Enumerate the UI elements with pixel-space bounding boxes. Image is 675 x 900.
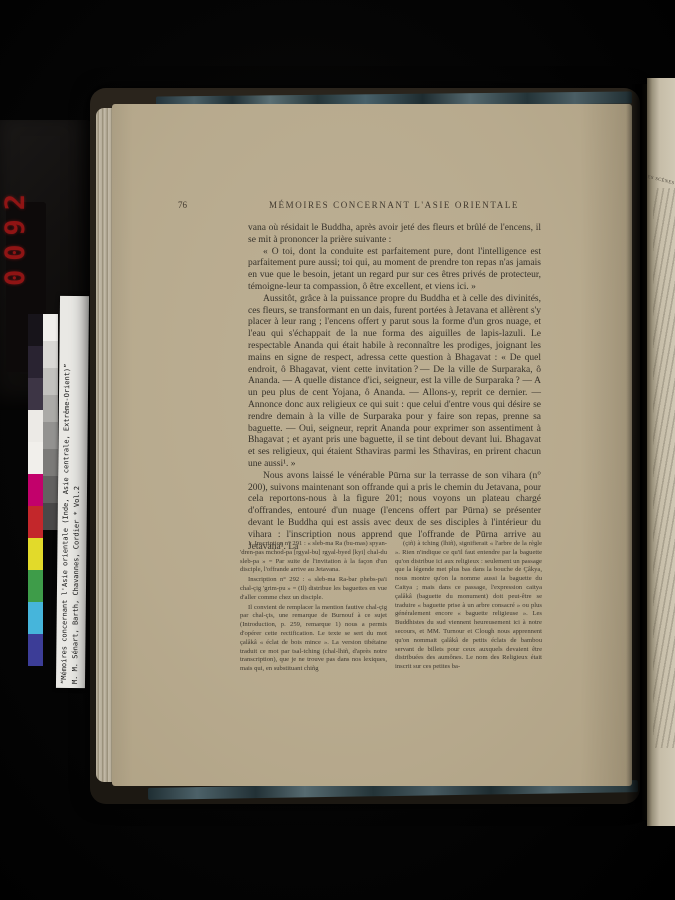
paragraph: vana où résidait le Buddha, après avoir …: [248, 223, 541, 247]
gray-patch: [43, 368, 58, 395]
color-calibration-strip: [28, 314, 43, 666]
footnote: (çiñ) à tching (lhiñ), signifierait « l'…: [395, 540, 542, 672]
calibration-assembly: “Mémoires concernant l'Asie orientale (I…: [26, 296, 88, 688]
footnote: 1. Inscription n° 291 : « sleb-ma Ra (bu…: [240, 540, 387, 575]
paragraph: Aussitôt, grâce à la puissance propre du…: [248, 294, 541, 471]
running-title: MÉMOIRES CONCERNANT L'ASIE ORIENTALE: [269, 200, 519, 210]
footnote: Inscription n° 292 : « sleb-ma Ra-bar ph…: [240, 576, 387, 602]
color-patch: [28, 314, 43, 346]
color-patch: [28, 410, 43, 442]
page-content: 76 MÉMOIRES CONCERNANT L'ASIE ORIENTALE …: [112, 104, 632, 786]
footnote-column-left: 1. Inscription n° 291 : « sleb-ma Ra (bu…: [240, 540, 387, 675]
volume-identification-label: “Mémoires concernant l'Asie orientale (I…: [56, 296, 89, 688]
gray-patch: [43, 503, 58, 530]
book-cover: 76 MÉMOIRES CONCERNANT L'ASIE ORIENTALE …: [90, 88, 640, 804]
gray-patch: [43, 449, 58, 476]
gray-patch: [43, 476, 58, 503]
color-patch: [28, 378, 43, 410]
color-patch: [28, 570, 43, 602]
book-scan-photo: 0092 “Mémoires co: [0, 0, 675, 900]
footnote-column-right: (çiñ) à tching (lhiñ), signifierait « l'…: [395, 540, 542, 673]
color-patch: [28, 634, 43, 666]
page-number: 76: [178, 200, 187, 210]
gray-patch: [43, 395, 58, 422]
color-patch: [28, 602, 43, 634]
paragraph-quote: « O toi, dont la conduite est parfaiteme…: [248, 247, 541, 294]
book-gutter-shadow: [626, 84, 648, 820]
color-patch: [28, 442, 43, 474]
frame-counter-digits: 0092: [0, 134, 36, 286]
gray-patch: [43, 341, 58, 368]
color-patch: [28, 506, 43, 538]
facing-page-edge: LES SCÈNES FIGURÉES DE LA VIE: [647, 78, 675, 826]
scanned-page: 76 MÉMOIRES CONCERNANT L'ASIE ORIENTALE …: [112, 104, 632, 786]
volume-label-text: “Mémoires concernant l'Asie orientale (I…: [59, 298, 85, 684]
gray-patch: [43, 314, 58, 341]
grayscale-calibration-strip: [43, 314, 58, 530]
facing-page-text-blur: [653, 188, 675, 748]
color-patch: [28, 474, 43, 506]
body-text: vana où résidait le Buddha, après avoir …: [248, 223, 541, 553]
running-header: 76 MÉMOIRES CONCERNANT L'ASIE ORIENTALE: [248, 200, 540, 210]
footnote: Il convient de remplacer la mention faut…: [240, 604, 387, 674]
gray-patch: [43, 422, 58, 449]
color-patch: [28, 346, 43, 378]
color-patch: [28, 538, 43, 570]
